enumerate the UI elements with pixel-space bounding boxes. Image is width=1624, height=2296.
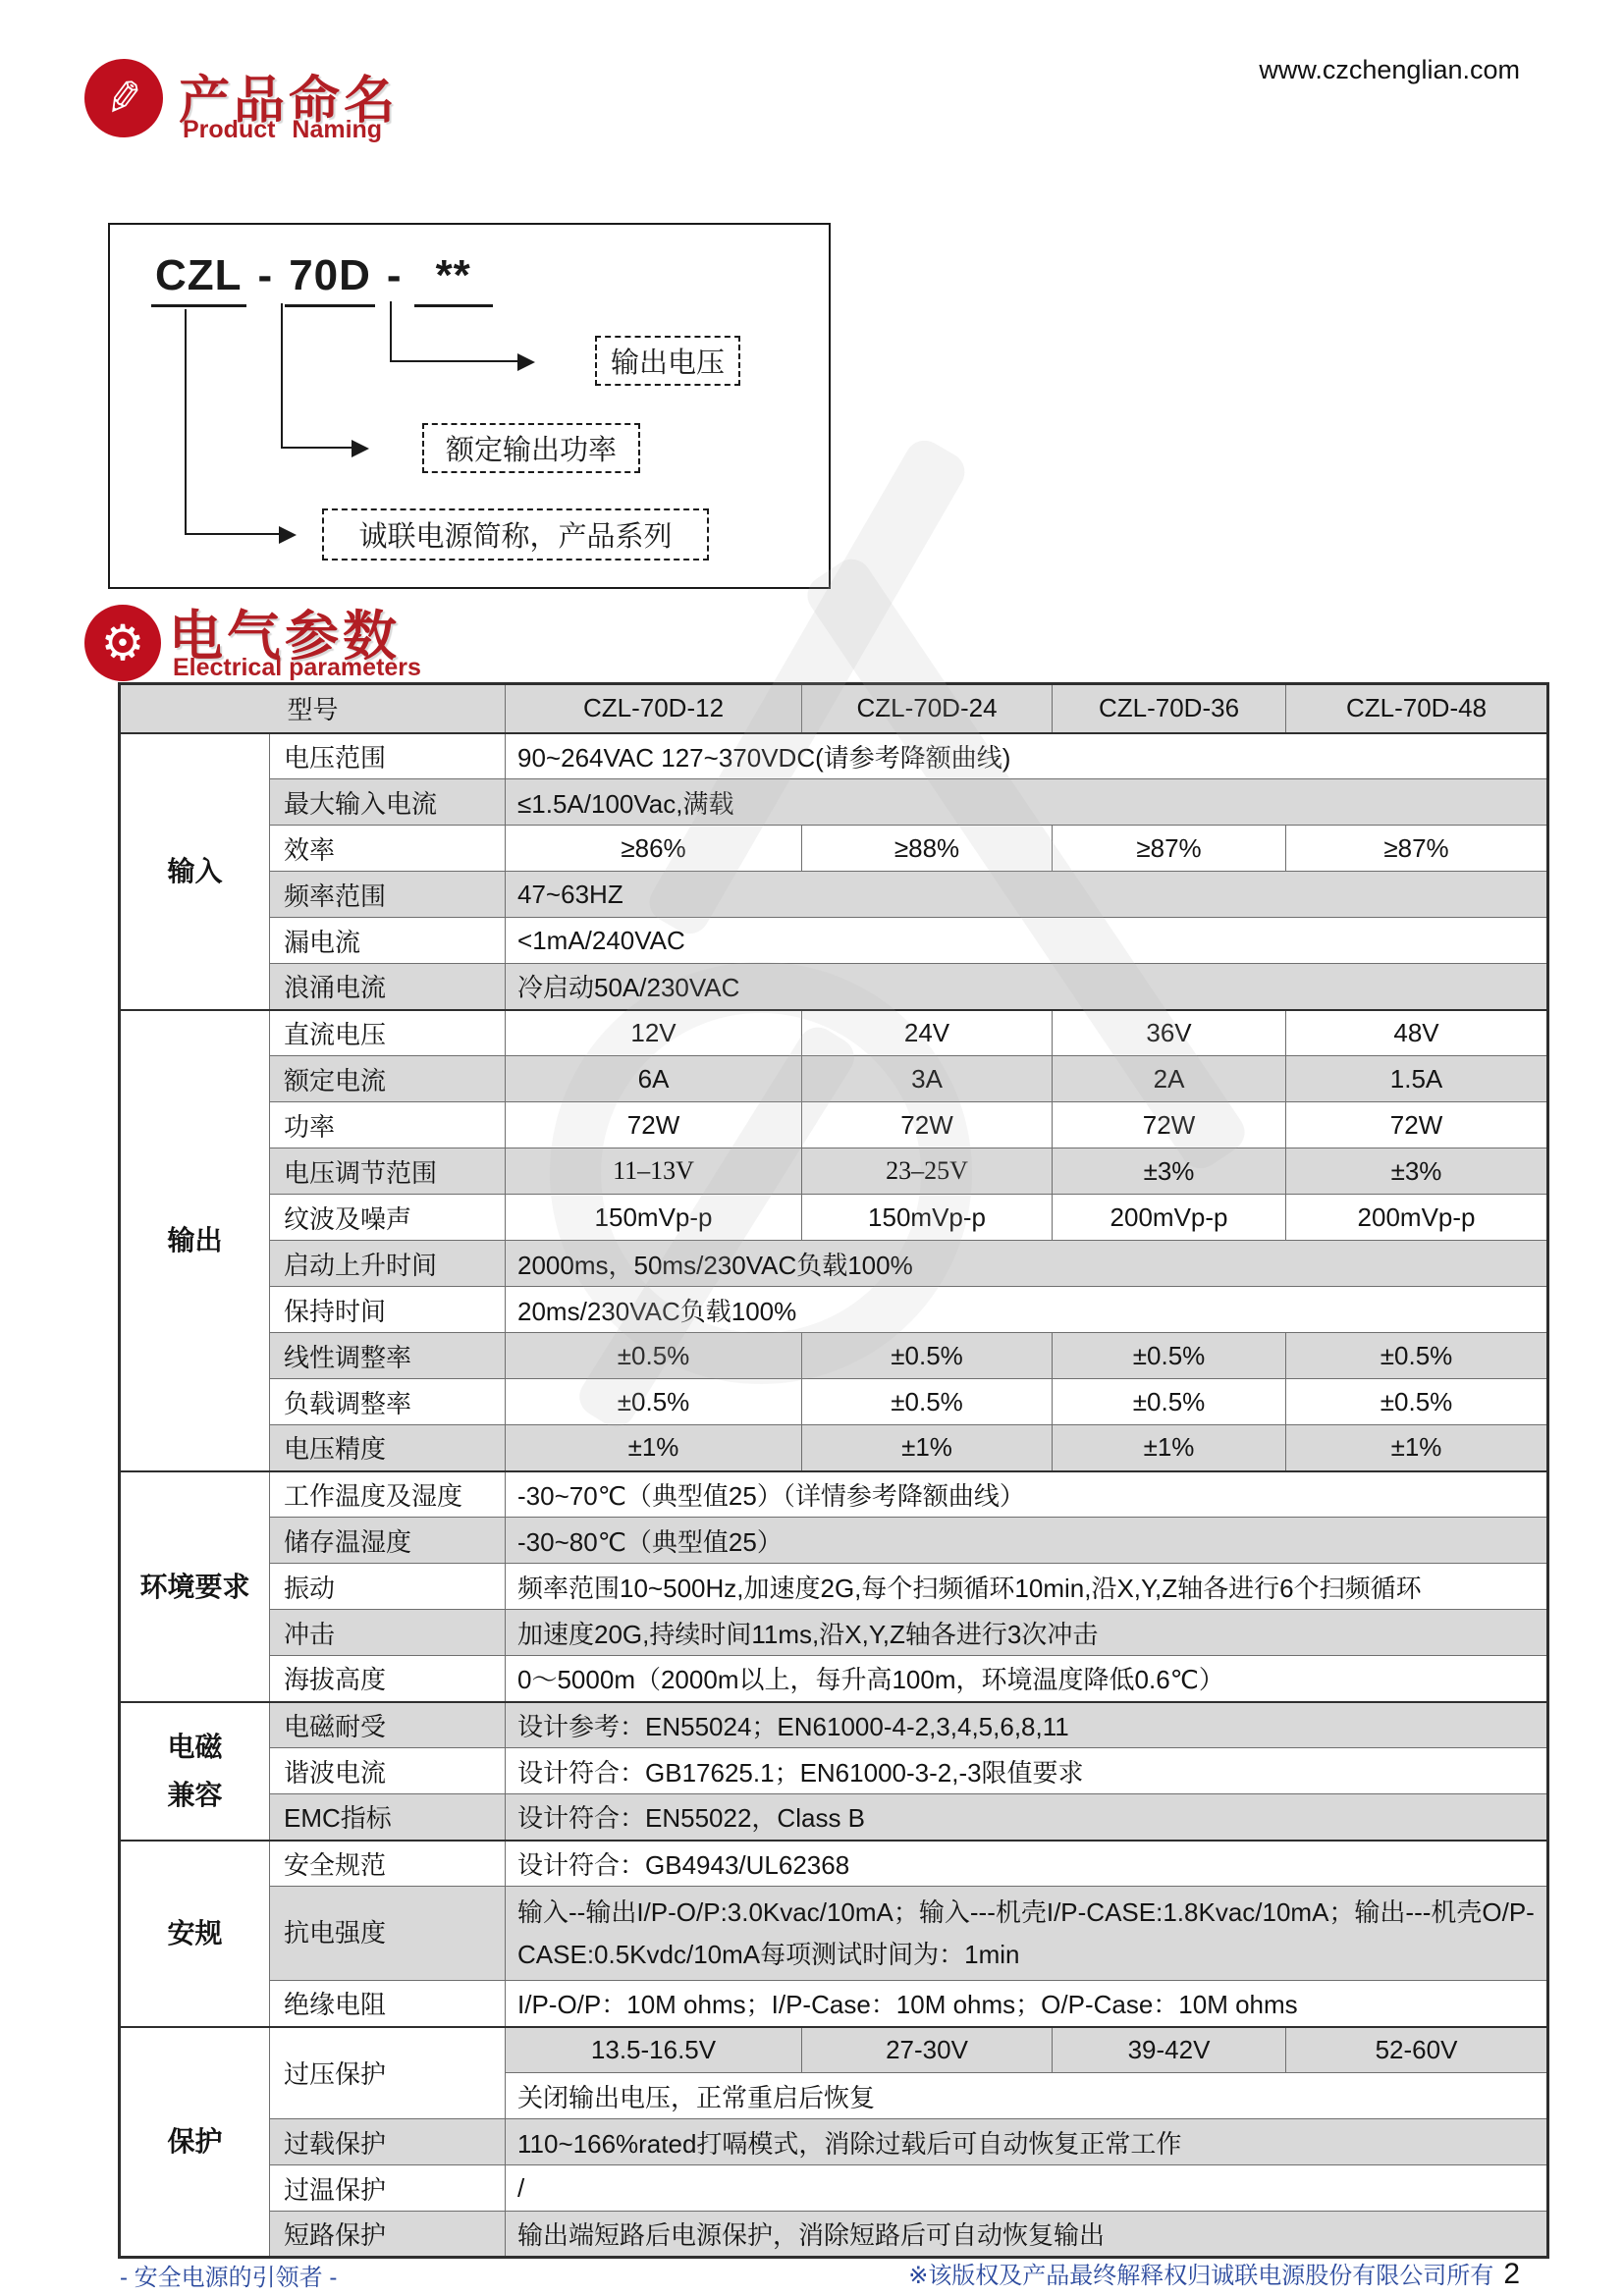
column-header-CZL-70D-36: CZL-70D-36: [1053, 684, 1286, 733]
model-segment-voltage: **: [414, 246, 493, 307]
table-row: 电压精度±1%±1%±1%±1%: [120, 1425, 1548, 1471]
connector-line: [390, 301, 392, 362]
param-cell: 绝缘电阻: [270, 1981, 506, 2027]
value-cell: ±0.5%: [1053, 1333, 1286, 1379]
datasheet-page: www.czchenglian.com ✎ 产品命名 Product Namin…: [0, 0, 1624, 2296]
connector-line: [185, 533, 279, 535]
value-cell: ≥88%: [802, 826, 1053, 872]
value-cell: ≥86%: [506, 826, 802, 872]
value-cell: 6A: [506, 1056, 802, 1102]
span-value-cell: 2000ms，50ms/230VAC负载100%: [506, 1241, 1548, 1287]
param-cell: 冲击: [270, 1610, 506, 1656]
value-cell: 200mVp-p: [1053, 1195, 1286, 1241]
value-cell: 11–13V: [506, 1148, 802, 1195]
param-cell: 效率: [270, 826, 506, 872]
column-header-CZL-70D-24: CZL-70D-24: [802, 684, 1053, 733]
table-row: 纹波及噪声150mVp-p150mVp-p200mVp-p200mVp-p: [120, 1195, 1548, 1241]
param-cell: 储存温湿度: [270, 1518, 506, 1564]
table-row: 功率72W72W72W72W: [120, 1102, 1548, 1148]
group-cell: 保护: [120, 2027, 270, 2258]
model-code: CZL - 70D - **: [151, 246, 493, 307]
value-cell: 72W: [1286, 1102, 1548, 1148]
param-cell: 工作温度及湿度: [270, 1471, 506, 1518]
param-cell: 电压范围: [270, 733, 506, 779]
param-cell: 启动上升时间: [270, 1241, 506, 1287]
table-row: 环境要求工作温度及湿度-30~70℃（典型值25）（详情参考降额曲线）: [120, 1471, 1548, 1518]
param-cell: 最大输入电流: [270, 779, 506, 826]
param-cell: 漏电流: [270, 918, 506, 964]
group-cell: 电磁 兼容: [120, 1702, 270, 1841]
footer-copyright-row: ※该版权及产品最终解释权归诚联电源股份有限公司所有 2: [908, 2256, 1520, 2291]
value-cell: 23–25V: [802, 1148, 1053, 1195]
model-separator: -: [375, 246, 414, 304]
span-value-cell: 设计符合：GB4943/UL62368: [506, 1841, 1548, 1887]
span-value-cell: 冷启动50A/230VAC: [506, 964, 1548, 1010]
label-output-voltage: 输出电压: [595, 336, 740, 386]
value-cell: ±0.5%: [506, 1379, 802, 1425]
param-cell: 电压调节范围: [270, 1148, 506, 1195]
table-row: 电磁 兼容电磁耐受设计参考：EN55024；EN61000-4-2,3,4,5,…: [120, 1702, 1548, 1748]
arrow-icon: [352, 440, 369, 457]
value-cell: 150mVp-p: [506, 1195, 802, 1241]
value-cell: 72W: [506, 1102, 802, 1148]
span-value-cell: 47~63HZ: [506, 872, 1548, 918]
label-rated-output-power: 额定输出功率: [422, 423, 640, 473]
product-naming-logo: ✎: [84, 59, 163, 137]
connector-line: [281, 447, 352, 449]
table-row: 保持时间20ms/230VAC负载100%: [120, 1287, 1548, 1333]
value-cell: ±1%: [506, 1425, 802, 1471]
model-segment-power: 70D: [285, 246, 375, 307]
table-row: 海拔高度0～5000m（2000m以上，每升高100m，环境温度降低0.6℃）: [120, 1656, 1548, 1702]
column-header-CZL-70D-48: CZL-70D-48: [1286, 684, 1548, 733]
param-cell: 过温保护: [270, 2165, 506, 2212]
value-cell: ≥87%: [1286, 826, 1548, 872]
span-value-cell: 输入--输出I/P-O/P:3.0Kvac/10mA；输入---机壳I/P-CA…: [506, 1887, 1548, 1981]
param-cell: 振动: [270, 1564, 506, 1610]
span-value-cell: I/P-O/P：10M ohms；I/P-Case：10M ohms；O/P-C…: [506, 1981, 1548, 2027]
table-row: 振动频率范围10~500Hz,加速度2G,每个扫频循环10min,沿X,Y,Z轴…: [120, 1564, 1548, 1610]
param-cell: 短路保护: [270, 2212, 506, 2258]
param-cell: 谐波电流: [270, 1748, 506, 1794]
value-cell: ±0.5%: [506, 1333, 802, 1379]
footer-slogan: - 安全电源的引领者 -: [120, 2258, 337, 2292]
naming-title-en: Product Naming: [183, 116, 382, 144]
table-row: 效率≥86%≥88%≥87%≥87%: [120, 826, 1548, 872]
table-row: EMC指标设计符合：EN55022，Class B: [120, 1794, 1548, 1841]
table-row: 频率范围47~63HZ: [120, 872, 1548, 918]
param-cell: 过载保护: [270, 2119, 506, 2165]
spec-table-head: 型号CZL-70D-12CZL-70D-24CZL-70D-36CZL-70D-…: [120, 684, 1548, 733]
table-row: 短路保护输出端短路后电源保护，消除短路后可自动恢复输出: [120, 2212, 1548, 2258]
table-row: 储存温湿度-30~80℃（典型值25）: [120, 1518, 1548, 1564]
value-cell: ±3%: [1053, 1148, 1286, 1195]
table-row: 安规安全规范设计符合：GB4943/UL62368: [120, 1841, 1548, 1887]
value-cell: 39-42V: [1053, 2027, 1286, 2073]
page-number: 2: [1503, 2258, 1520, 2291]
table-row: 电压调节范围11–13V23–25V±3%±3%: [120, 1148, 1548, 1195]
value-cell: ±0.5%: [1053, 1379, 1286, 1425]
param-cell: 负载调整率: [270, 1379, 506, 1425]
value-cell: ±0.5%: [802, 1333, 1053, 1379]
table-row: 谐波电流设计符合：GB17625.1；EN61000-3-2,-3限值要求: [120, 1748, 1548, 1794]
span-value-cell: -30~70℃（典型值25）（详情参考降额曲线）: [506, 1471, 1548, 1518]
span-value-cell: ≤1.5A/100Vac,满载: [506, 779, 1548, 826]
param-cell: 安全规范: [270, 1841, 506, 1887]
params-title-en: Electrical parameters: [173, 654, 421, 682]
span-value-cell: /: [506, 2165, 1548, 2212]
value-cell: 52-60V: [1286, 2027, 1548, 2073]
value-cell: ±0.5%: [802, 1379, 1053, 1425]
value-cell: 27-30V: [802, 2027, 1053, 2073]
value-cell: 2A: [1053, 1056, 1286, 1102]
param-cell: 电压精度: [270, 1425, 506, 1471]
param-cell: 频率范围: [270, 872, 506, 918]
param-cell: 纹波及噪声: [270, 1195, 506, 1241]
span-value-cell: 设计符合：EN55022，Class B: [506, 1794, 1548, 1841]
param-cell: 海拔高度: [270, 1656, 506, 1702]
table-row: 输出直流电压12V24V36V48V: [120, 1010, 1548, 1056]
value-cell: ±0.5%: [1286, 1379, 1548, 1425]
table-row: 额定电流6A3A2A1.5A: [120, 1056, 1548, 1102]
span-value-cell: <1mA/240VAC: [506, 918, 1548, 964]
param-cell: 额定电流: [270, 1056, 506, 1102]
value-cell: 200mVp-p: [1286, 1195, 1548, 1241]
value-cell: ±1%: [1286, 1425, 1548, 1471]
value-cell: 3A: [802, 1056, 1053, 1102]
model-separator: -: [246, 246, 286, 304]
table-row: 线性调整率±0.5%±0.5%±0.5%±0.5%: [120, 1333, 1548, 1379]
span-value-cell: 输出端短路后电源保护，消除短路后可自动恢复输出: [506, 2212, 1548, 2258]
label-series-name: 诚联电源简称，产品系列: [322, 508, 709, 561]
connector-line: [390, 360, 517, 362]
value-cell: 12V: [506, 1010, 802, 1056]
value-cell: ±0.5%: [1286, 1333, 1548, 1379]
value-cell: 1.5A: [1286, 1056, 1548, 1102]
span-value-cell: -30~80℃（典型值25）: [506, 1518, 1548, 1564]
table-row: 冲击加速度20G,持续时间11ms,沿X,Y,Z轴各进行3次冲击: [120, 1610, 1548, 1656]
param-cell: 抗电强度: [270, 1887, 506, 1981]
pencil-icon: ✎: [101, 70, 146, 128]
table-row: 过载保护110~166%rated打嗝模式，消除过载后可自动恢复正常工作: [120, 2119, 1548, 2165]
group-cell: 输出: [120, 1010, 270, 1471]
table-row: 漏电流<1mA/240VAC: [120, 918, 1548, 964]
group-cell: 环境要求: [120, 1471, 270, 1702]
span-value-cell: 设计符合：GB17625.1；EN61000-3-2,-3限值要求: [506, 1748, 1548, 1794]
arrow-icon: [279, 526, 297, 544]
connector-line: [185, 309, 187, 535]
value-cell: 13.5-16.5V: [506, 2027, 802, 2073]
span-value-cell: 0～5000m（2000m以上，每升高100m，环境温度降低0.6℃）: [506, 1656, 1548, 1702]
param-cell: 功率: [270, 1102, 506, 1148]
span-value-cell: 设计参考：EN55024；EN61000-4-2,3,4,5,6,8,11: [506, 1702, 1548, 1748]
table-row: 保护过压保护13.5-16.5V27-30V39-42V52-60V: [120, 2027, 1548, 2073]
param-cell: 浪涌电流: [270, 964, 506, 1010]
param-cell: 过压保护: [270, 2027, 506, 2119]
website-url: www.czchenglian.com: [1259, 55, 1520, 85]
value-cell: ±3%: [1286, 1148, 1548, 1195]
param-cell: 线性调整率: [270, 1333, 506, 1379]
value-cell: 150mVp-p: [802, 1195, 1053, 1241]
value-cell: ±1%: [1053, 1425, 1286, 1471]
value-cell: 72W: [1053, 1102, 1286, 1148]
span-value-cell: 关闭输出电压，正常重启后恢复: [506, 2073, 1548, 2119]
connector-line: [281, 303, 283, 449]
spec-table-body: 输入电压范围90~264VAC 127~370VDC(请参考降额曲线)最大输入电…: [120, 733, 1548, 2258]
span-value-cell: 90~264VAC 127~370VDC(请参考降额曲线): [506, 733, 1548, 779]
table-row: 最大输入电流≤1.5A/100Vac,满载: [120, 779, 1548, 826]
group-cell: 输入: [120, 733, 270, 1010]
table-row: 过温保护/: [120, 2165, 1548, 2212]
table-row: 输入电压范围90~264VAC 127~370VDC(请参考降额曲线): [120, 733, 1548, 779]
param-cell: 保持时间: [270, 1287, 506, 1333]
column-header-CZL-70D-12: CZL-70D-12: [506, 684, 802, 733]
gear-icon: ⚙: [101, 614, 145, 671]
table-header-row: 型号CZL-70D-12CZL-70D-24CZL-70D-36CZL-70D-…: [120, 684, 1548, 733]
table-row: 抗电强度输入--输出I/P-O/P:3.0Kvac/10mA；输入---机壳I/…: [120, 1887, 1548, 1981]
param-cell: 直流电压: [270, 1010, 506, 1056]
table-row: 启动上升时间2000ms，50ms/230VAC负载100%: [120, 1241, 1548, 1287]
table-row: 负载调整率±0.5%±0.5%±0.5%±0.5%: [120, 1379, 1548, 1425]
value-cell: ≥87%: [1053, 826, 1286, 872]
table-row: 绝缘电阻I/P-O/P：10M ohms；I/P-Case：10M ohms；O…: [120, 1981, 1548, 2027]
electrical-params-logo: ⚙: [84, 605, 161, 681]
naming-diagram: CZL - 70D - ** 输出电压 额定输出功率 诚联电源简称，产品系列: [108, 223, 831, 589]
value-cell: ±1%: [802, 1425, 1053, 1471]
model-segment-series: CZL: [151, 246, 246, 307]
table-row: 浪涌电流冷启动50A/230VAC: [120, 964, 1548, 1010]
footer-copyright: ※该版权及产品最终解释权归诚联电源股份有限公司所有: [908, 2256, 1493, 2290]
group-cell: 安规: [120, 1841, 270, 2027]
value-cell: 24V: [802, 1010, 1053, 1056]
span-value-cell: 加速度20G,持续时间11ms,沿X,Y,Z轴各进行3次冲击: [506, 1610, 1548, 1656]
spec-table: 型号CZL-70D-12CZL-70D-24CZL-70D-36CZL-70D-…: [118, 682, 1549, 2259]
value-cell: 72W: [802, 1102, 1053, 1148]
span-value-cell: 20ms/230VAC负载100%: [506, 1287, 1548, 1333]
value-cell: 48V: [1286, 1010, 1548, 1056]
param-cell: 电磁耐受: [270, 1702, 506, 1748]
column-header-model: 型号: [120, 684, 506, 733]
arrow-icon: [517, 353, 535, 371]
param-cell: EMC指标: [270, 1794, 506, 1841]
value-cell: 36V: [1053, 1010, 1286, 1056]
span-value-cell: 110~166%rated打嗝模式，消除过载后可自动恢复正常工作: [506, 2119, 1548, 2165]
span-value-cell: 频率范围10~500Hz,加速度2G,每个扫频循环10min,沿X,Y,Z轴各进…: [506, 1564, 1548, 1610]
